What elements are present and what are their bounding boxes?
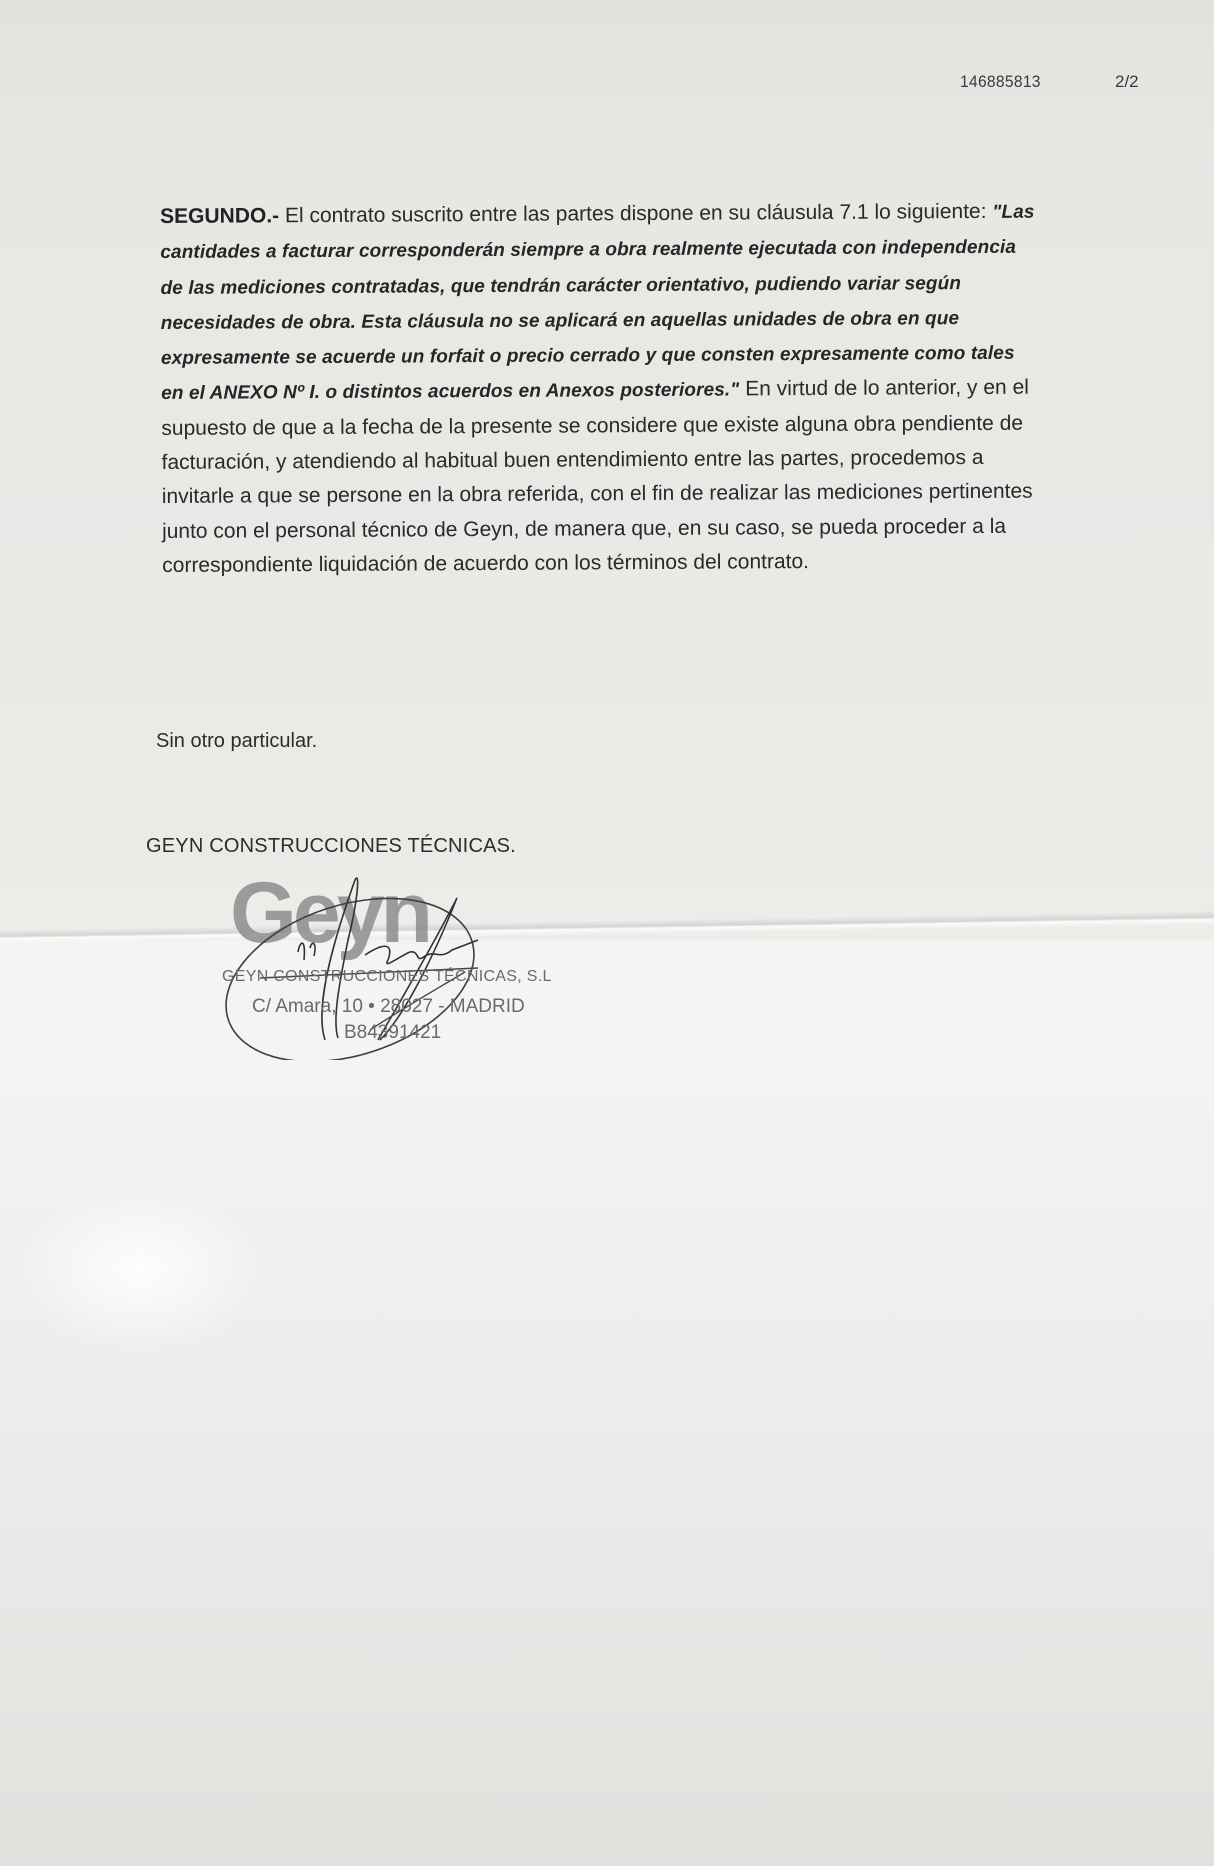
continuation-text: En virtud de lo anterior, y en el supues… [161,376,1032,577]
body-paragraph: SEGUNDO.- El contrato suscrito entre las… [160,195,1042,584]
company-stamp: Geyn GEYN CONSTRUCCIONES TÉCNICAS, S.L C… [220,860,580,1060]
document-page: 146885813 2/2 SEGUNDO.- El contrato susc… [0,0,1214,1866]
stamp-address: C/ Amara, 10 • 28027 - MADRID [252,996,525,1018]
section-heading: SEGUNDO.- [160,204,279,228]
intro-text: El contrato suscrito entre las partes di… [279,200,992,227]
svg-text:Geyn: Geyn [230,865,429,961]
stamp-tax-id: B84391421 [344,1022,441,1044]
reference-number: 146885813 [960,72,1041,92]
closing-line: Sin otro particular. [156,730,317,753]
paper-lower-half [0,940,1214,1866]
stamp-company-name: GEYN CONSTRUCCIONES TÉCNICAS, S.L [222,968,552,986]
company-signoff: GEYN CONSTRUCCIONES TÉCNICAS. [146,835,516,858]
page-indicator: 2/2 [1115,72,1139,92]
contract-clause-quote: "Las cantidades a facturar corresponderá… [160,202,1034,405]
